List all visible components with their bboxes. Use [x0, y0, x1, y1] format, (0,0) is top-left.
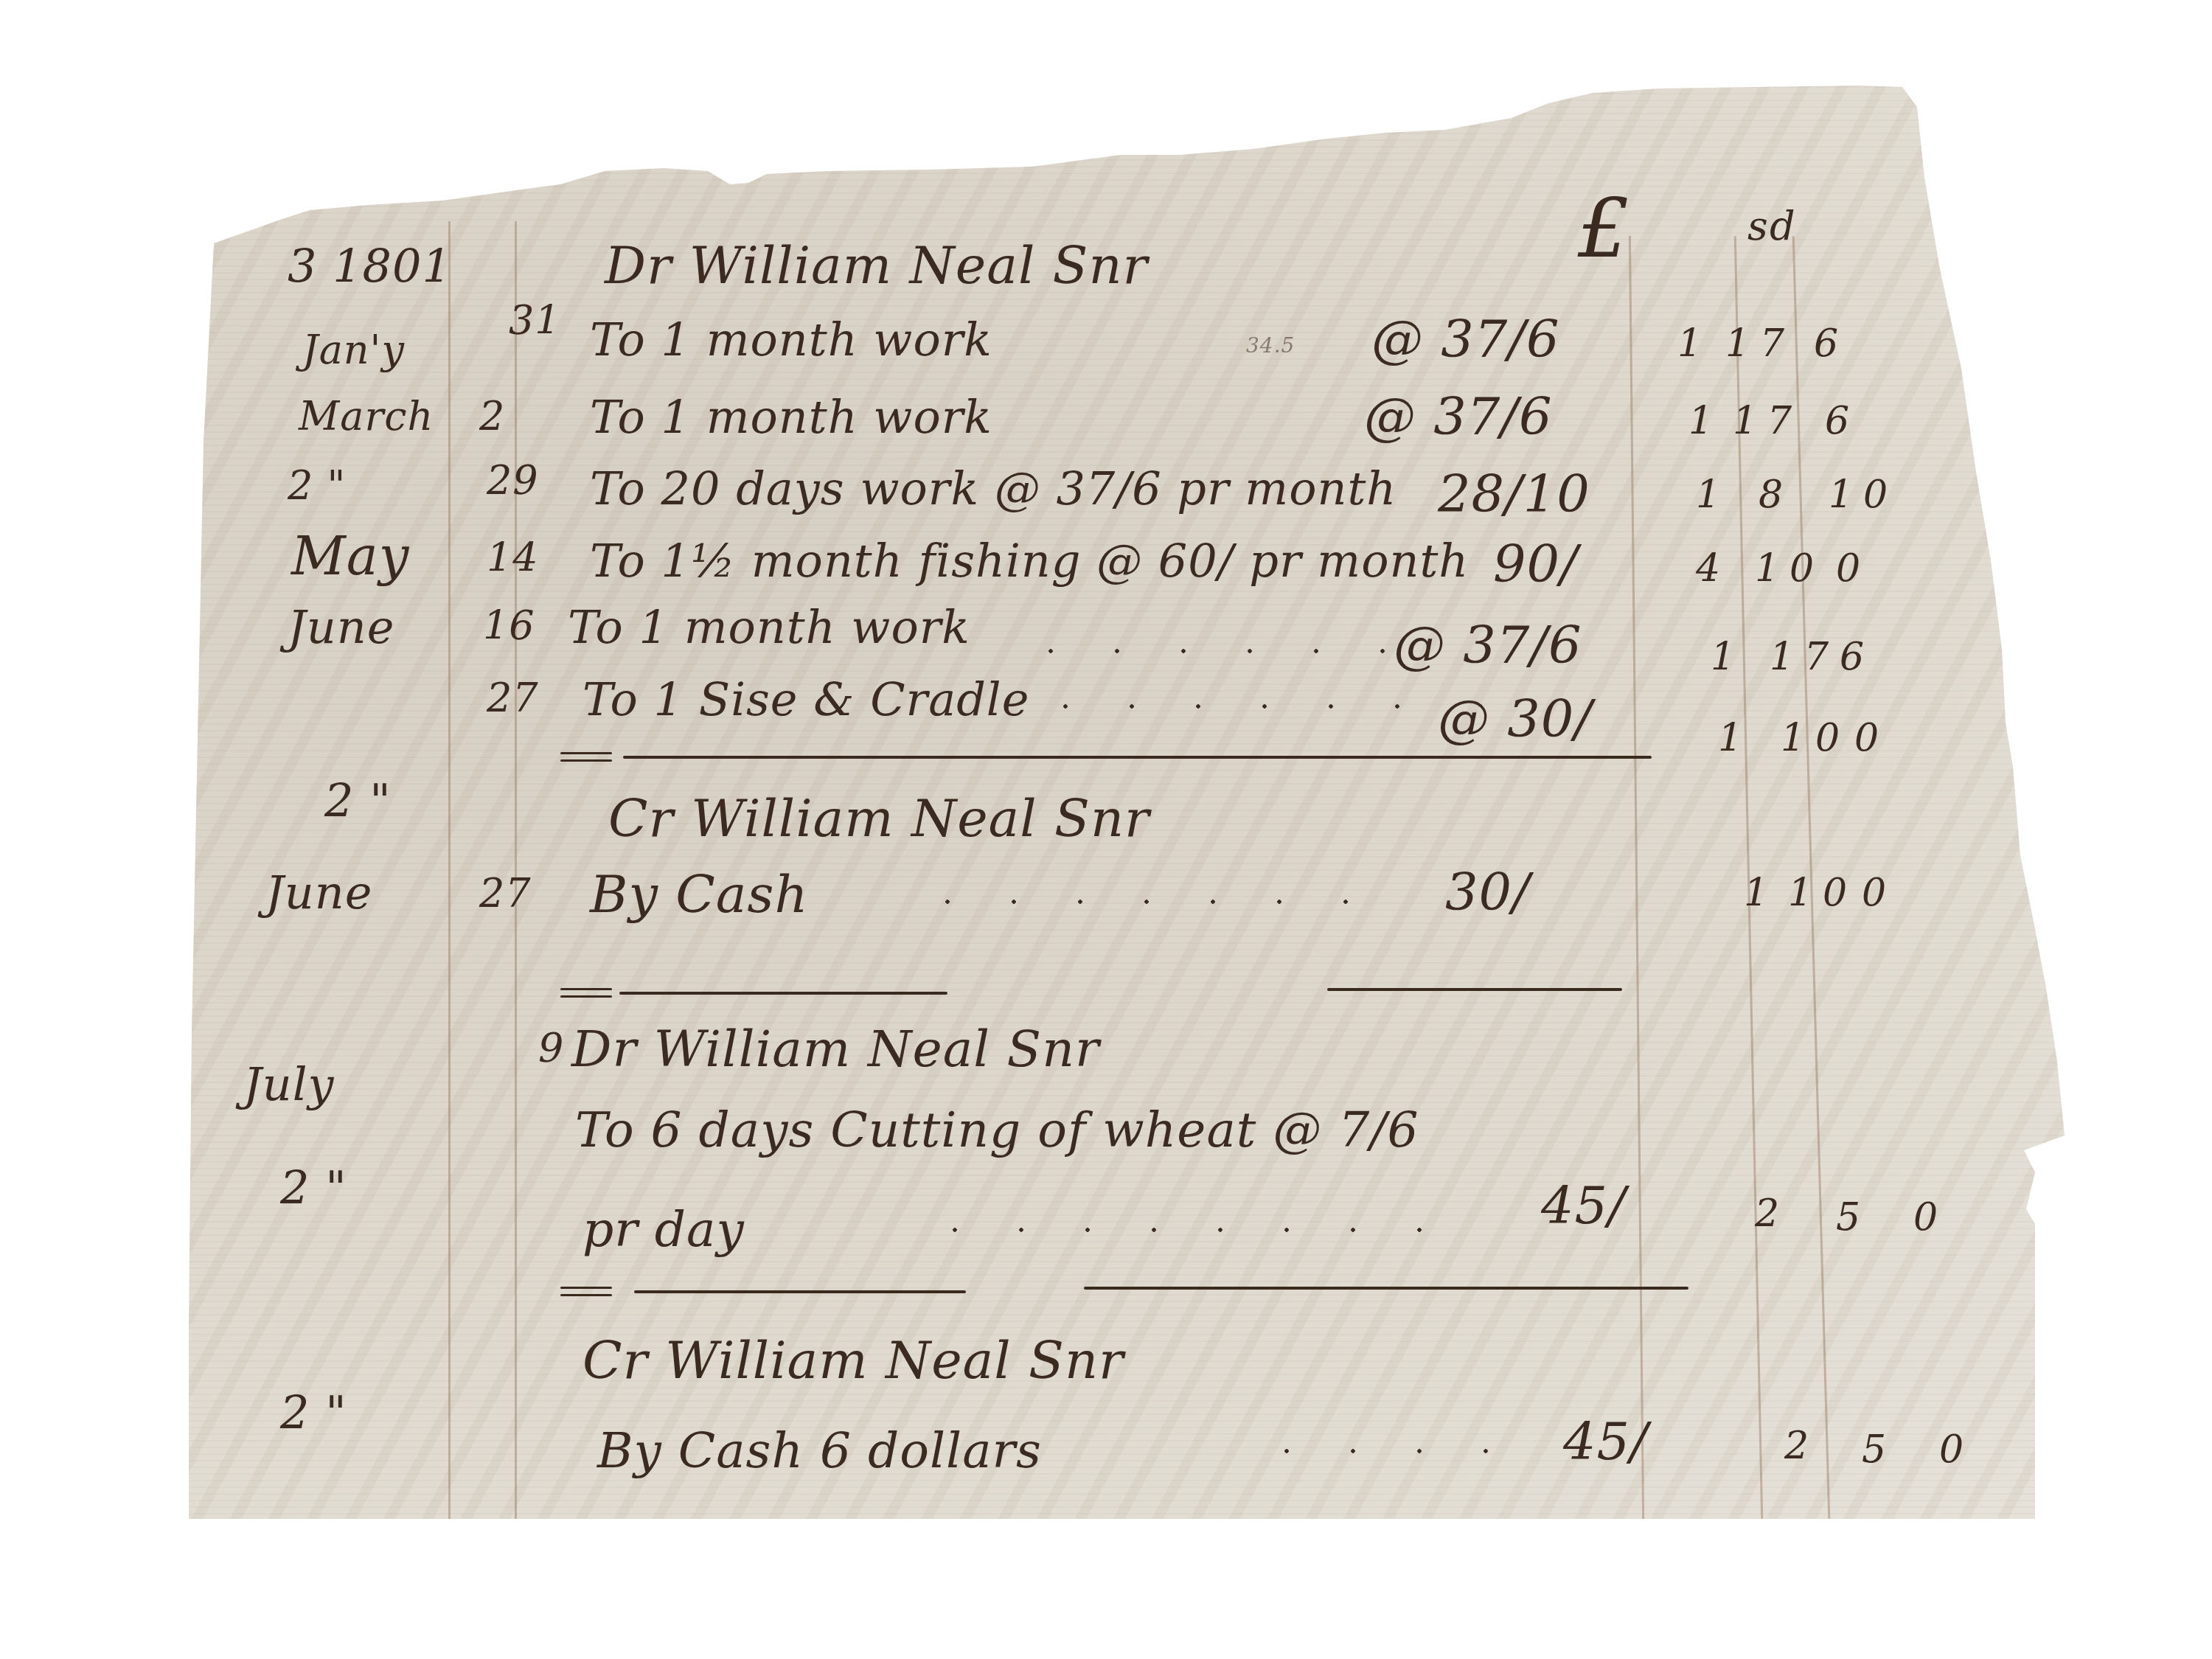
amount-pence: 10 [1829, 476, 1898, 514]
entry-rate: @ 30/ [1438, 693, 1593, 745]
credit-title: Cr William Neal Snr [608, 793, 1150, 844]
amount-pounds: 1 [1744, 874, 1778, 912]
entry-rate: 30/ [1445, 866, 1531, 918]
amount-shillings: 10 [1781, 719, 1850, 757]
leader-dots [922, 1228, 1438, 1232]
amount-pounds: 1 [1711, 638, 1745, 676]
entry-rate: 45/ [1541, 1180, 1627, 1231]
entry-month: July [243, 1062, 335, 1107]
entry-month: Jan'y [302, 330, 405, 370]
amount-pence: 6 [1825, 402, 1860, 440]
pencil-note: 34.5 [1246, 335, 1295, 356]
amount-shillings: 17 [1770, 638, 1839, 676]
entry-day: 29 [487, 461, 539, 501]
amount-shillings: 10 [1788, 874, 1857, 912]
entry-rate: @ 37/6 [1394, 619, 1582, 671]
pounds-header: £ [1578, 188, 1630, 269]
credit-title: Cr William Neal Snr [582, 1335, 1124, 1386]
entry-day: 14 [487, 538, 539, 578]
margin-mark: 2 " [324, 778, 392, 824]
section-divider [1084, 1287, 1688, 1290]
amount-pounds: 2 [1755, 1194, 1790, 1233]
amount-shillings: 10 [1755, 549, 1824, 588]
entry-description: To 1 month work [590, 317, 992, 363]
amount-pounds: 1 [1718, 719, 1753, 757]
margin-mark: 2 " [280, 1165, 347, 1211]
entry-day: 31 [509, 301, 561, 341]
entry-day: 27 [479, 874, 532, 914]
amount-pounds: 1 [1688, 402, 1723, 440]
entry-day: 9 [538, 1029, 564, 1068]
section-divider [1327, 988, 1622, 991]
amount-pence: 0 [1854, 719, 1889, 757]
amount-shillings: 5 [1862, 1430, 1886, 1469]
entry-day: 16 [483, 606, 535, 646]
amount-pence: 0 [1862, 874, 1896, 912]
amount-shillings: 5 [1836, 1198, 1860, 1237]
amount-pence: 0 [1836, 549, 1871, 588]
amount-pounds: 2 [1784, 1427, 1819, 1465]
leader-dots [1032, 704, 1445, 709]
entry-rate: @ 37/6 [1364, 391, 1552, 442]
amount-shillings: 17 [1725, 324, 1795, 363]
section-divider [560, 988, 612, 990]
amount-pence: 6 [1840, 638, 1874, 676]
section-divider [634, 1290, 966, 1293]
entry-description: To 1 month work [590, 394, 992, 440]
entry-rate: 28/10 [1438, 468, 1590, 520]
amount-pounds: 4 [1696, 549, 1731, 588]
entry-month: 2 " [288, 466, 346, 506]
margin-rule-date [448, 221, 451, 1519]
entry-rate: @ 37/6 [1371, 313, 1559, 365]
debit-title: Dr William Neal Snr [571, 1025, 1100, 1075]
amount-pounds: 1 [1696, 476, 1731, 514]
amount-pence: 6 [1814, 324, 1848, 363]
entry-rate: 45/ [1563, 1416, 1649, 1467]
section-divider [560, 1287, 612, 1289]
leader-dots [1253, 1449, 1504, 1453]
entry-description: To 20 days work @ 37/6 pr month [590, 466, 1397, 512]
entry-month: June [288, 605, 394, 650]
entry-description: To 1½ month fishing @ 60/ pr month [590, 538, 1469, 584]
entry-description: To 1 Sise & Cradle [582, 677, 1029, 723]
amount-shillings: 8 [1759, 476, 1793, 514]
section-divider [560, 752, 612, 754]
entry-month: June [265, 870, 372, 916]
entry-rate: 90/ [1493, 538, 1579, 590]
margin-mark: 2 " [280, 1390, 347, 1436]
entry-month: May [291, 529, 409, 582]
shillings-header: s [1747, 206, 1769, 246]
leader-dots [914, 900, 1357, 904]
amount-pounds: 1 [1677, 324, 1712, 363]
entry-description: By Cash 6 dollars [597, 1427, 1042, 1475]
entry-description: To 1 month work [568, 605, 970, 650]
account-title: Dr William Neal Snr [605, 240, 1148, 291]
leader-dots [1018, 649, 1386, 653]
amount-pence: 0 [1939, 1430, 1974, 1469]
amount-pence: 0 [1913, 1198, 1948, 1237]
entry-description: By Cash [590, 869, 809, 920]
entry-description-cont: pr day [582, 1206, 745, 1254]
entry-day: 27 [487, 678, 539, 718]
amount-shillings: 17 [1733, 402, 1802, 440]
ledger-paper: 3 1801 Dr William Neal Snr £ s d Jan'y 3… [0, 0, 2212, 1659]
section-divider [619, 992, 947, 995]
photo-stage: 3 1801 Dr William Neal Snr £ s d Jan'y 3… [0, 0, 2212, 1659]
margin-year: 3 1801 [288, 243, 452, 289]
section-divider [623, 756, 1652, 759]
entry-description: To 6 days Cutting of wheat @ 7/6 [575, 1106, 1419, 1155]
column-rule-pounds [1629, 236, 1644, 1519]
pence-header: d [1770, 206, 1796, 246]
entry-day: 2 [479, 397, 505, 437]
entry-month: March [299, 397, 434, 437]
